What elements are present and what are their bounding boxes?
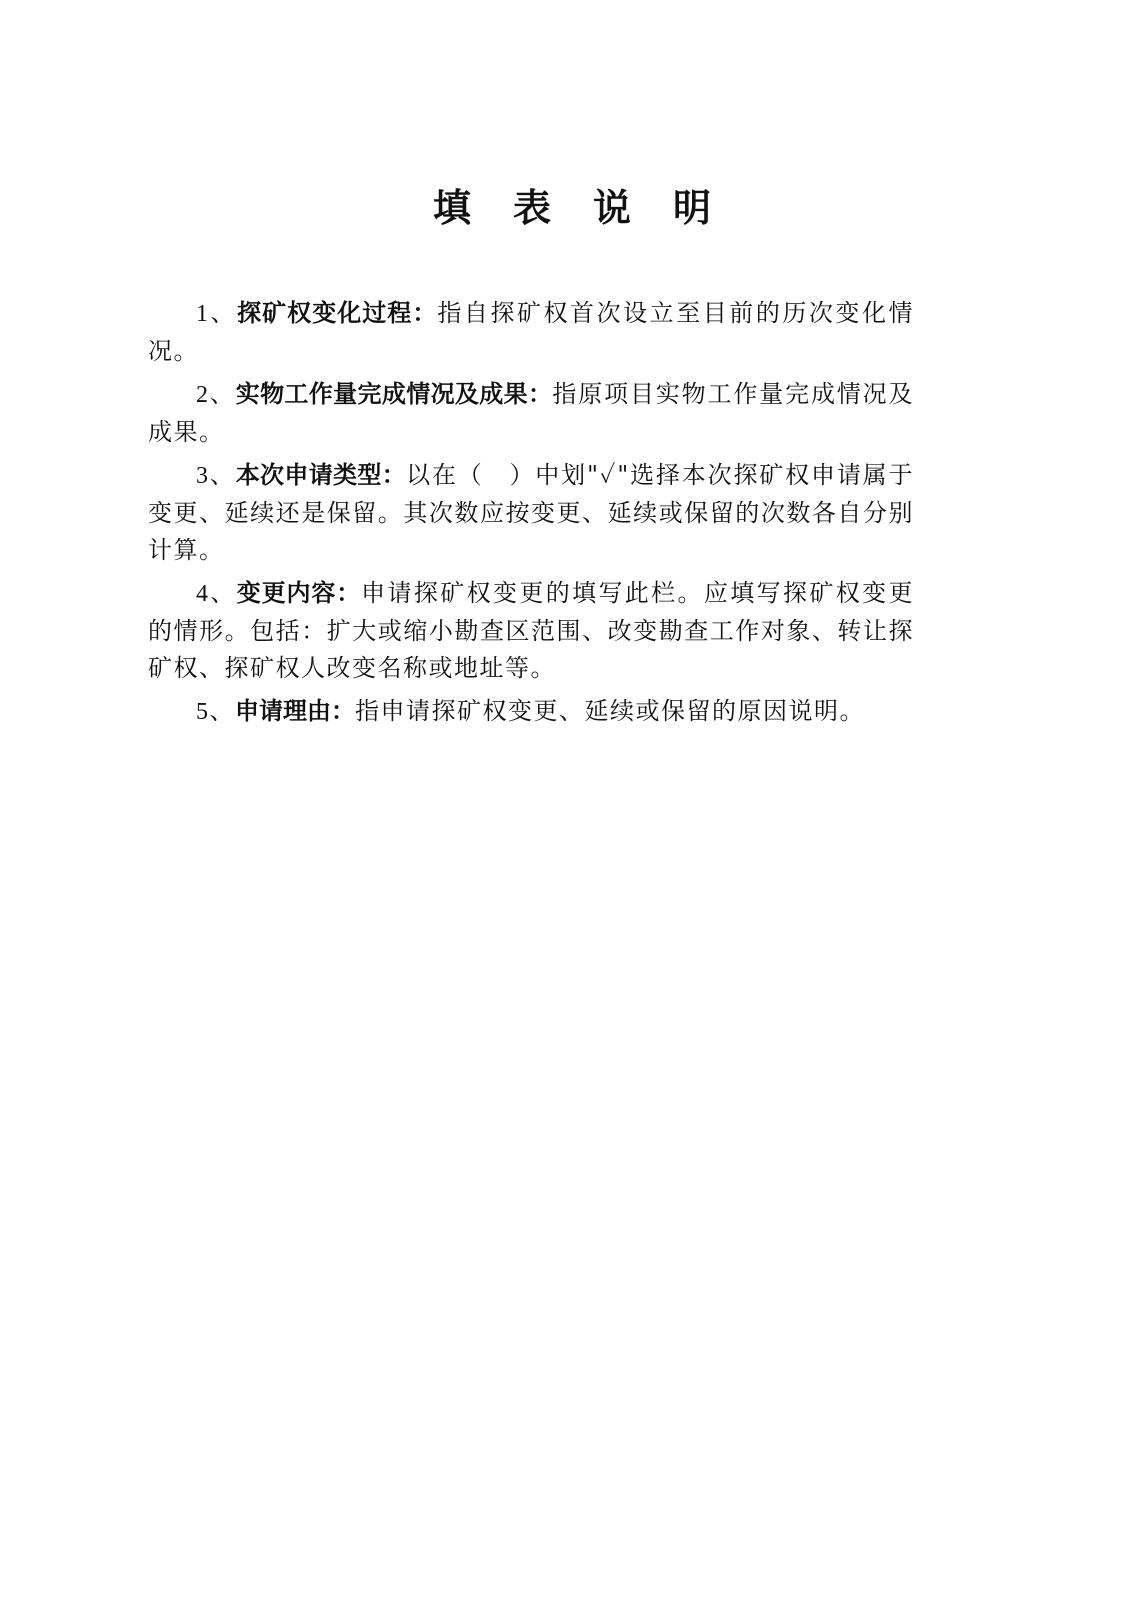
item-number: 5、 bbox=[196, 699, 235, 725]
item-description: 指申请探矿权变更、延续或保留的原因说明。 bbox=[355, 697, 865, 725]
item-number: 4、 bbox=[196, 581, 237, 607]
item-term: 探矿权变化过程： bbox=[237, 299, 437, 327]
item-term: 本次申请类型： bbox=[236, 461, 406, 489]
instruction-item-2: 2、实物工作量完成情况及成果：指原项目实物工作量完成情况及成果。 bbox=[148, 376, 914, 451]
instruction-item-5: 5、申请理由：指申请探矿权变更、延续或保留的原因说明。 bbox=[148, 693, 914, 731]
instructions-list: 1、探矿权变化过程：指自探矿权首次设立至目前的历次变化情况。 2、实物工作量完成… bbox=[148, 295, 914, 737]
instruction-item-3: 3、本次申请类型：以在（ ）中划"✓"选择本次探矿权申请属于变更、延续还是保留。… bbox=[148, 457, 914, 569]
instruction-item-4: 4、变更内容：申请探矿权变更的填写此栏。应填写探矿权变更的情形。包括：扩大或缩小… bbox=[148, 575, 914, 687]
item-term: 变更内容： bbox=[237, 579, 361, 607]
item-number: 1、 bbox=[196, 301, 237, 327]
item-number: 2、 bbox=[196, 382, 236, 408]
item-number: 3、 bbox=[196, 463, 236, 489]
item-term: 申请理由： bbox=[235, 697, 355, 725]
instruction-item-1: 1、探矿权变化过程：指自探矿权首次设立至目前的历次变化情况。 bbox=[148, 295, 914, 370]
item-term: 实物工作量完成情况及成果： bbox=[236, 380, 553, 408]
page-title: 填表说明 bbox=[0, 182, 1144, 234]
